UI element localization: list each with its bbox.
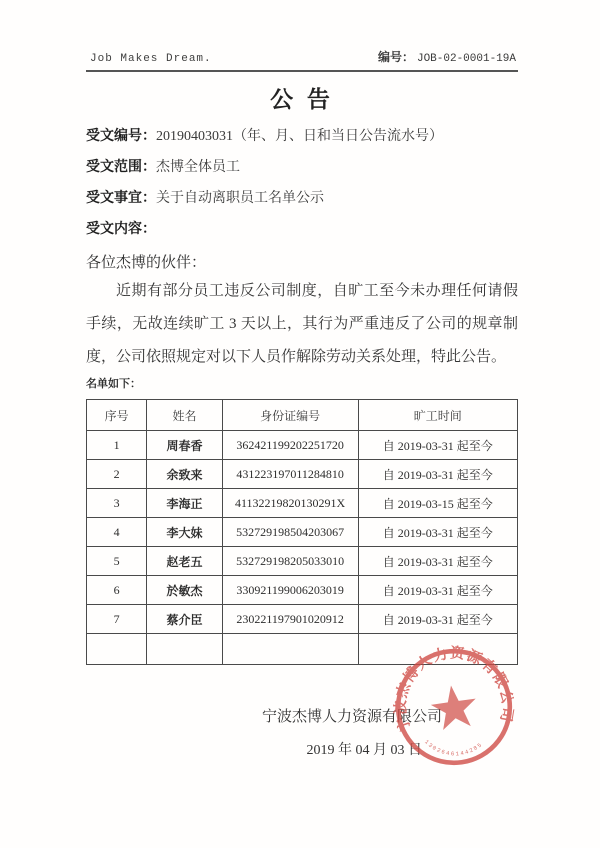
table-row: 7 蔡介臣 230221197901020912 自 2019-03-31 起至… <box>87 605 518 634</box>
table-row: 2 余致来 431223197011284810 自 2019-03-31 起至… <box>87 460 518 489</box>
meta-label-scope: 受文范围： <box>86 160 156 175</box>
cell-seq: 5 <box>87 547 147 576</box>
scanned-announcement-page: Job Makes Dream. 编号： JOB-02-0001-19A 公 告… <box>0 0 600 848</box>
cell-name: 蔡介臣 <box>147 605 222 634</box>
letterhead: Job Makes Dream. 编号： JOB-02-0001-19A <box>86 0 518 72</box>
table-row: 1 周春香 362421199202251720 自 2019-03-31 起至… <box>87 431 518 460</box>
page-title: 公 告 <box>86 85 518 115</box>
cell-name: 於敏杰 <box>147 576 222 605</box>
cell-seq <box>87 634 147 665</box>
cell-seq: 7 <box>87 605 147 634</box>
cell-name: 李大妹 <box>147 518 222 547</box>
cell-absence-time: 自 2019-03-15 起至今 <box>358 489 518 518</box>
cell-name: 余致来 <box>147 460 222 489</box>
salutation: 各位杰博的伙伴： <box>86 253 518 273</box>
body-paragraph: 近期有部分员工违反公司制度，自旷工至今未办理任何请假手续，无故连续旷工 3 天以… <box>86 275 518 374</box>
header-id-number: 身份证编号 <box>222 400 358 431</box>
meta-line-scope: 受文范围：杰博全体员工 <box>86 158 518 177</box>
table-row: 4 李大妹 532729198504203067 自 2019-03-31 起至… <box>87 518 518 547</box>
meta-label-content: 受文内容： <box>86 222 156 237</box>
table-row: 6 於敏杰 330921199006203019 自 2019-03-31 起至… <box>87 576 518 605</box>
dismissed-employees-table: 序号 姓名 身份证编号 旷工时间 1 周春香 36242119920225172… <box>86 399 518 665</box>
cell-absence-time: 自 2019-03-31 起至今 <box>358 431 518 460</box>
meta-line-content: 受文内容： <box>86 220 518 239</box>
cell-absence-time: 自 2019-03-31 起至今 <box>358 518 518 547</box>
meta-line-subject: 受文事宜：关于自动离职员工名单公示 <box>86 189 518 208</box>
cell-absence-time: 自 2019-03-31 起至今 <box>358 576 518 605</box>
meta-line-doc-number: 受文编号：20190403031（年、月、日和当日公告流水号） <box>86 127 518 146</box>
cell-id-number: 362421199202251720 <box>222 431 358 460</box>
meta-value-scope: 杰博全体员工 <box>156 160 240 175</box>
cell-seq: 4 <box>87 518 147 547</box>
cell-id-number <box>222 634 358 665</box>
meta-label-subject: 受文事宜： <box>86 191 156 206</box>
table-row-empty <box>87 634 518 665</box>
cell-id-number: 431223197011284810 <box>222 460 358 489</box>
cell-seq: 2 <box>87 460 147 489</box>
list-intro: 名单如下： <box>86 376 518 392</box>
cell-seq: 1 <box>87 431 147 460</box>
cell-name: 周春香 <box>147 431 222 460</box>
document-number-value: JOB-02-0001-19A <box>417 53 516 65</box>
cell-absence-time: 自 2019-03-31 起至今 <box>358 605 518 634</box>
cell-name: 赵老五 <box>147 547 222 576</box>
cell-absence-time: 自 2019-03-31 起至今 <box>358 547 518 576</box>
meta-value-doc-number: 20190403031（年、月、日和当日公告流水号） <box>156 129 443 144</box>
cell-name: 李海正 <box>147 489 222 518</box>
cell-seq: 3 <box>87 489 147 518</box>
header-seq: 序号 <box>87 400 147 431</box>
cell-absence-time: 自 2019-03-31 起至今 <box>358 460 518 489</box>
letterhead-slogan: Job Makes Dream. <box>90 53 212 65</box>
cell-name <box>147 634 222 665</box>
signature-block: 宁波杰博人力资源有限公司 2019 年 04 月 03 日 <box>86 707 518 761</box>
cell-id-number: 41132219820130291X <box>222 489 358 518</box>
document-number: 编号： JOB-02-0001-19A <box>378 48 516 65</box>
document-number-label: 编号： <box>378 50 414 64</box>
cell-id-number: 330921199006203019 <box>222 576 358 605</box>
header-absence-time: 旷工时间 <box>358 400 518 431</box>
table-header-row: 序号 姓名 身份证编号 旷工时间 <box>87 400 518 431</box>
signature-date: 2019 年 04 月 03 日 <box>86 741 422 761</box>
signature-company: 宁波杰博人力资源有限公司 <box>86 707 442 727</box>
cell-seq: 6 <box>87 576 147 605</box>
meta-label-doc-number: 受文编号： <box>86 129 156 144</box>
header-name: 姓名 <box>147 400 222 431</box>
cell-id-number: 532729198205033010 <box>222 547 358 576</box>
cell-absence-time <box>358 634 518 665</box>
cell-id-number: 532729198504203067 <box>222 518 358 547</box>
table-row: 5 赵老五 532729198205033010 自 2019-03-31 起至… <box>87 547 518 576</box>
meta-value-subject: 关于自动离职员工名单公示 <box>156 191 324 206</box>
cell-id-number: 230221197901020912 <box>222 605 358 634</box>
page-content: Job Makes Dream. 编号： JOB-02-0001-19A 公 告… <box>86 0 518 761</box>
table-row: 3 李海正 41132219820130291X 自 2019-03-15 起至… <box>87 489 518 518</box>
